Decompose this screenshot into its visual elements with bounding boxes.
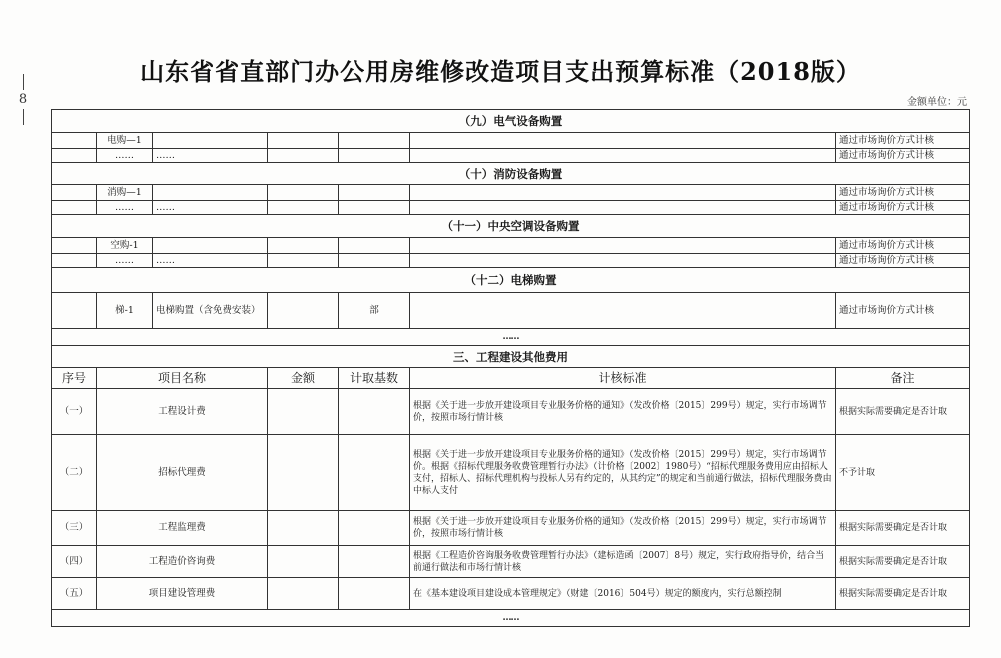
column-header-no: 序号 [52, 368, 97, 389]
section-heading-row: （十二）电梯购置 [52, 268, 970, 293]
cell-name [153, 238, 268, 254]
table-row: （三） 工程监理费 根据《关于进一步放开建设项目专业服务价格的通知》（发改价格〔… [52, 511, 970, 546]
page-title: 山东省省直部门办公用房维修改造项目支出预算标准（2018版） [0, 52, 1001, 87]
cell-name: …… [153, 149, 268, 163]
table-row: 梯-1 电梯购置（含免费安装） 部 通过市场询价方式计核 [52, 293, 970, 329]
cell-basis [339, 201, 410, 215]
trailing-ellipsis: …… [52, 610, 970, 627]
cell-item-name: 工程监理费 [97, 511, 268, 546]
cell-standard: 根据《工程造价咨询服务收费管理暂行办法》（建标造函〔2007〕8号）规定，实行政… [410, 546, 836, 578]
cell-standard [410, 201, 836, 215]
cell-amount [268, 149, 339, 163]
cell-no: （五） [52, 578, 97, 610]
cell-note: 不予计取 [836, 435, 970, 511]
page-number-value: 8 [19, 92, 27, 107]
cell-code: 消购—1 [97, 185, 153, 201]
cell-note: 通过市场询价方式计核 [836, 185, 970, 201]
ellipsis-row: …… [52, 329, 970, 346]
section-heading-hvac: （十一）中央空调设备购置 [52, 215, 970, 238]
cell-amount [268, 238, 339, 254]
cell-blank [52, 149, 97, 163]
cell-basis [339, 435, 410, 511]
cell-note: 根据实际需要确定是否计取 [836, 511, 970, 546]
section-heading-electrical: （九）电气设备购置 [52, 110, 970, 133]
cell-code: 梯-1 [97, 293, 153, 329]
cell-amount [268, 578, 339, 610]
cell-note: 通过市场询价方式计核 [836, 254, 970, 268]
table-row: 电购—1 通过市场询价方式计核 [52, 133, 970, 149]
cell-no: （三） [52, 511, 97, 546]
section-heading-row: （十）消防设备购置 [52, 163, 970, 185]
cell-amount [268, 293, 339, 329]
cell-amount [268, 546, 339, 578]
cell-name: …… [153, 201, 268, 215]
cell-note: 通过市场询价方式计核 [836, 238, 970, 254]
cell-basis [339, 546, 410, 578]
cell-blank [52, 201, 97, 215]
cell-basis [339, 578, 410, 610]
cell-amount [268, 389, 339, 435]
cell-name [153, 185, 268, 201]
cell-note: 根据实际需要确定是否计取 [836, 578, 970, 610]
cell-blank [52, 238, 97, 254]
cell-amount [268, 201, 339, 215]
cell-blank [52, 133, 97, 149]
cell-note: 通过市场询价方式计核 [836, 133, 970, 149]
cell-no: （一） [52, 389, 97, 435]
cell-basis [339, 185, 410, 201]
cell-standard [410, 293, 836, 329]
cell-standard: 根据《关于进一步放开建设项目专业服务价格的通知》（发改价格〔2015〕299号）… [410, 435, 836, 511]
part-heading-other-costs: 三、工程建设其他费用 [52, 346, 970, 368]
cell-no: （四） [52, 546, 97, 578]
table-row: …… …… 通过市场询价方式计核 [52, 254, 970, 268]
table-row: 空购-1 通过市场询价方式计核 [52, 238, 970, 254]
part-heading-row: 三、工程建设其他费用 [52, 346, 970, 368]
column-header-item-name: 项目名称 [97, 368, 268, 389]
cell-basis [339, 149, 410, 163]
table-row: （五） 项目建设管理费 在《基本建设项目建设成本管理规定》（财建〔2016〕50… [52, 578, 970, 610]
cell-basis [339, 389, 410, 435]
cell-standard: 根据《关于进一步放开建设项目专业服务价格的通知》（发改价格〔2015〕299号）… [410, 511, 836, 546]
page-number-dash-bottom [23, 109, 24, 125]
cell-blank [52, 185, 97, 201]
cell-standard: 在《基本建设项目建设成本管理规定》（财建〔2016〕504号）规定的额度内，实行… [410, 578, 836, 610]
cell-code: 电购—1 [97, 133, 153, 149]
column-header-row: 序号 项目名称 金额 计取基数 计核标准 备注 [52, 368, 970, 389]
table-row: …… …… 通过市场询价方式计核 [52, 201, 970, 215]
table-row: （二） 招标代理费 根据《关于进一步放开建设项目专业服务价格的通知》（发改价格〔… [52, 435, 970, 511]
column-header-standard: 计核标准 [410, 368, 836, 389]
section-heading-elevator: （十二）电梯购置 [52, 268, 970, 293]
cell-name [153, 133, 268, 149]
cell-amount [268, 185, 339, 201]
cell-standard [410, 238, 836, 254]
cell-name: …… [153, 254, 268, 268]
cell-standard [410, 149, 836, 163]
section-heading-fire: （十）消防设备购置 [52, 163, 970, 185]
ellipsis-row: …… [52, 610, 970, 627]
cell-standard [410, 254, 836, 268]
column-header-basis: 计取基数 [339, 368, 410, 389]
table-row: （一） 工程设计费 根据《关于进一步放开建设项目专业服务价格的通知》（发改价格〔… [52, 389, 970, 435]
cell-item-name: 招标代理费 [97, 435, 268, 511]
table-row: （四） 工程造价咨询费 根据《工程造价咨询服务收费管理暂行办法》（建标造函〔20… [52, 546, 970, 578]
cell-note: 根据实际需要确定是否计取 [836, 546, 970, 578]
cell-blank [52, 293, 97, 329]
cell-note: 通过市场询价方式计核 [836, 293, 970, 329]
cell-standard: 根据《关于进一步放开建设项目专业服务价格的通知》（发改价格〔2015〕299号）… [410, 389, 836, 435]
column-header-note: 备注 [836, 368, 970, 389]
table-row: 消购—1 通过市场询价方式计核 [52, 185, 970, 201]
cell-standard [410, 185, 836, 201]
cell-code: …… [97, 201, 153, 215]
cell-basis: 部 [339, 293, 410, 329]
table-row: …… …… 通过市场询价方式计核 [52, 149, 970, 163]
cell-amount [268, 511, 339, 546]
cell-code: 空购-1 [97, 238, 153, 254]
cell-name: 电梯购置（含免费安装） [153, 293, 268, 329]
cell-standard [410, 133, 836, 149]
cell-code: …… [97, 254, 153, 268]
section-heading-row: （九）电气设备购置 [52, 110, 970, 133]
cell-amount [268, 254, 339, 268]
cell-blank [52, 254, 97, 268]
cell-amount [268, 133, 339, 149]
cell-basis [339, 511, 410, 546]
cell-code: …… [97, 149, 153, 163]
cell-item-name: 项目建设管理费 [97, 578, 268, 610]
cell-note: 通过市场询价方式计核 [836, 149, 970, 163]
cell-note: 通过市场询价方式计核 [836, 201, 970, 215]
cell-item-name: 工程设计费 [97, 389, 268, 435]
cell-item-name: 工程造价咨询费 [97, 546, 268, 578]
cell-note: 根据实际需要确定是否计取 [836, 389, 970, 435]
cell-amount [268, 435, 339, 511]
cell-no: （二） [52, 435, 97, 511]
column-header-amount: 金额 [268, 368, 339, 389]
amount-unit-label: 金额单位：元 [907, 93, 967, 108]
budget-standard-table: （九）电气设备购置 电购—1 通过市场询价方式计核 …… …… 通过市场询价方式… [51, 109, 970, 627]
cell-basis [339, 254, 410, 268]
cell-basis [339, 133, 410, 149]
ellipsis: …… [52, 329, 970, 346]
cell-basis [339, 238, 410, 254]
section-heading-row: （十一）中央空调设备购置 [52, 215, 970, 238]
